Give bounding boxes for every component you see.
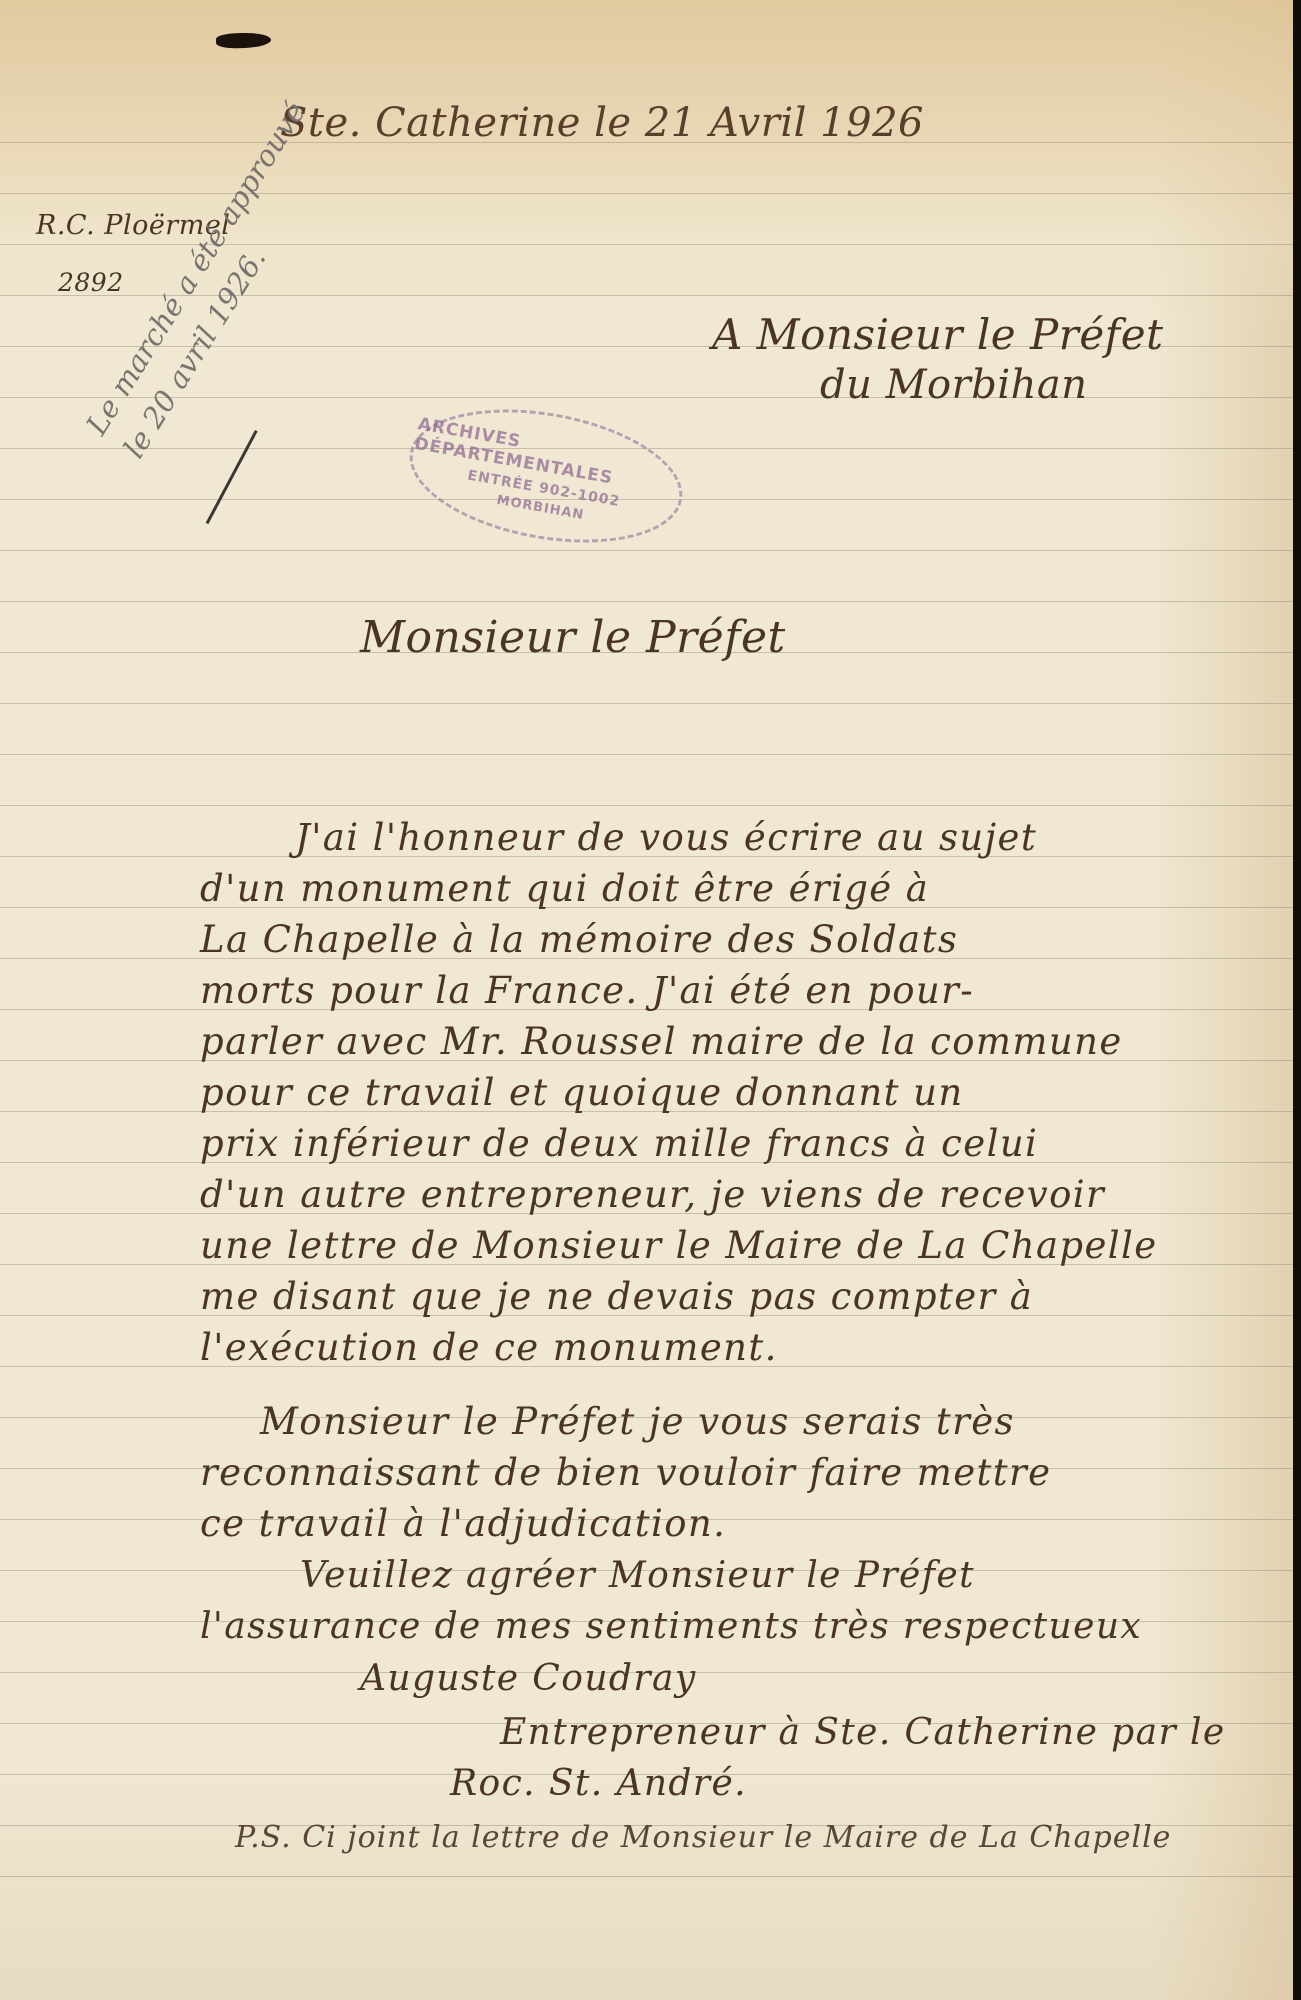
body-line: ce travail à l'adjudication.: [200, 1502, 726, 1545]
signature-location: Roc. St. André.: [450, 1763, 747, 1804]
body-line: pour ce travail et quoique donnant un: [200, 1071, 964, 1114]
body-line: J'ai l'honneur de vous écrire au sujet: [295, 816, 1037, 859]
body-line: prix inférieur de deux mille francs à ce…: [200, 1122, 1038, 1165]
place-date: Ste. Catherine le 21 Avril 1926: [280, 100, 924, 146]
signature-name: Auguste Coudray: [360, 1658, 697, 1699]
reference-number: 2892: [58, 268, 124, 297]
closing-line: l'assurance de mes sentiments très respe…: [200, 1606, 1142, 1647]
signature-title: Entrepreneur à Ste. Catherine par le: [500, 1712, 1226, 1753]
body-line: La Chapelle à la mémoire des Soldats: [200, 918, 958, 961]
body-line: me disant que je ne devais pas compter à: [200, 1275, 1033, 1318]
body-line: Monsieur le Préfet je vous serais très: [260, 1400, 1015, 1443]
body-line: reconnaissant de bien vouloir faire mett…: [200, 1451, 1051, 1494]
body-line: d'un autre entrepreneur, je viens de rec…: [200, 1173, 1105, 1216]
body-line: une lettre de Monsieur le Maire de La Ch…: [200, 1224, 1158, 1267]
body-line: morts pour la France. J'ai été en pour-: [200, 969, 974, 1012]
body-line: parler avec Mr. Roussel maire de la comm…: [200, 1020, 1123, 1063]
recipient-line-1: A Monsieur le Préfet: [712, 310, 1163, 359]
closing-line: Veuillez agréer Monsieur le Préfet: [300, 1555, 975, 1596]
salutation: Monsieur le Préfet: [360, 612, 786, 663]
postscript: P.S. Ci joint la lettre de Monsieur le M…: [235, 1820, 1171, 1855]
body-line: d'un monument qui doit être érigé à: [200, 867, 929, 910]
page-edge-shadow: [1293, 0, 1301, 2000]
recipient-line-2: du Morbihan: [820, 362, 1088, 408]
body-line: l'exécution de ce monument.: [200, 1326, 778, 1369]
